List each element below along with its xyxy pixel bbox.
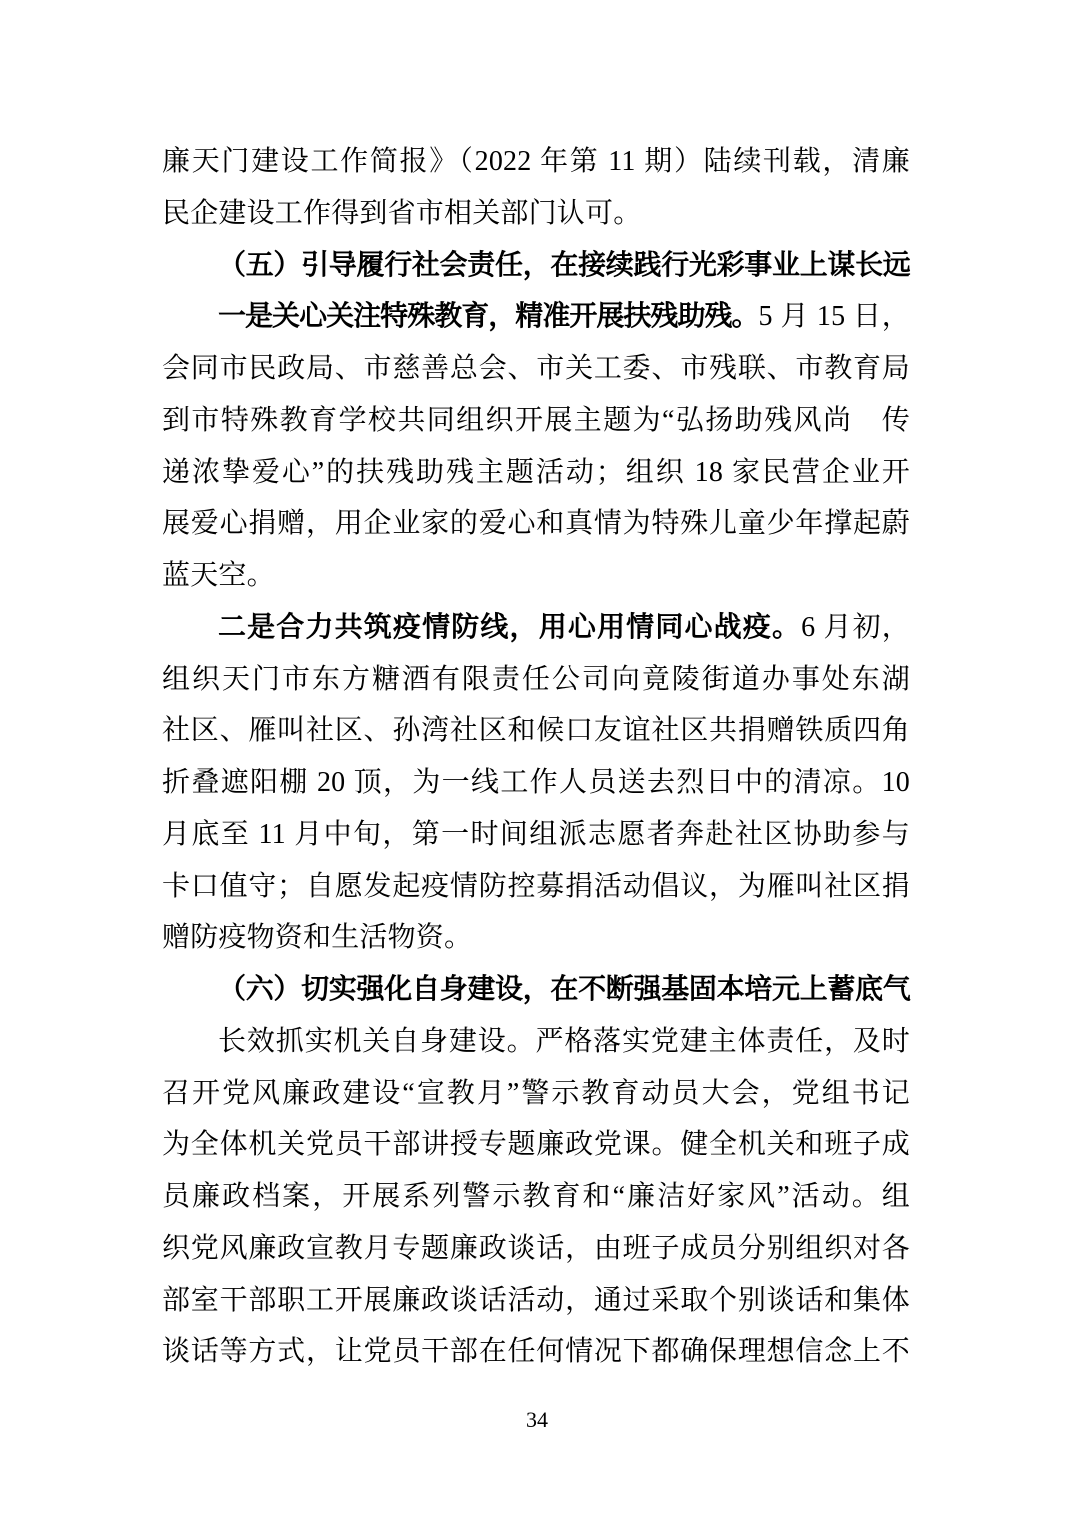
line-text: 召开党风廉政建设“宣教月”警示教育动员大会，党组书记 [162, 1078, 910, 1109]
document-text-block: 廉天门建设工作简报》（2022 年第 11 期）陆续刊载，清廉 民企建设工作得到… [162, 136, 910, 1378]
line-text: 蓝天空。 [162, 560, 275, 591]
line-text: 到市特殊教育学校共同组织开展主题为“弘扬助残风尚 传 [162, 405, 910, 436]
line-text: 展爱心捐赠，用企业家的爱心和真情为特殊儿童少年撑起蔚 [162, 508, 910, 539]
paragraph-lead-line: 二是合力共筑疫情防线，用心用情同心战疫。6 月初， [162, 602, 910, 654]
line-text: 6 月初， [801, 612, 910, 643]
lead-bold-text: 一是关心关注特殊教育，精准开展扶残助残。 [218, 301, 759, 332]
line-text: 卡口值守；自愿发起疫情防控募捐活动倡议，为雁叫社区捐 [162, 871, 910, 902]
body-line: 折叠遮阳棚 20 顶，为一线工作人员送去烈日中的清凉。10 [162, 757, 910, 809]
lead-bold-text: 二是合力共筑疫情防线，用心用情同心战疫。 [218, 612, 801, 643]
line-text: 员廉政档案，开展系列警示教育和“廉洁好家风”活动。组 [162, 1181, 910, 1212]
line-text: 会同市民政局、市慈善总会、市关工委、市残联、市教育局 [162, 353, 910, 384]
section-heading-6: （六）切实强化自身建设，在不断强基固本培元上蓄底气 [162, 964, 910, 1016]
line-text: 折叠遮阳棚 20 顶，为一线工作人员送去烈日中的清凉。10 [162, 767, 910, 798]
line-text: 社区、雁叫社区、孙湾社区和候口友谊社区共捐赠铁质四角 [162, 715, 910, 746]
body-line-paragraph-end: 赠防疫物资和生活物资。 [162, 912, 910, 964]
line-text: 谈话等方式，让党员干部在任何情况下都确保理想信念上不 [162, 1336, 910, 1367]
body-line: 递浓挚爱心”的扶残助残主题活动；组织 18 家民营企业开 [162, 447, 910, 499]
paragraph-lead-line: 一是关心关注特殊教育，精准开展扶残助残。5 月 15 日， [162, 291, 910, 343]
body-line: 组织天门市东方糖酒有限责任公司向竟陵街道办事处东湖 [162, 654, 910, 706]
line-text: 部室干部职工开展廉政谈话活动，通过采取个别谈话和集体 [162, 1285, 910, 1316]
line-text: 5 月 15 日， [759, 301, 910, 332]
line-text: 为全体机关党员干部讲授专题廉政党课。健全机关和班子成 [162, 1129, 910, 1160]
body-line: 廉天门建设工作简报》（2022 年第 11 期）陆续刊载，清廉 [162, 136, 910, 188]
paragraph-lead-line: 长效抓实机关自身建设。严格落实党建主体责任，及时 [162, 1016, 910, 1068]
body-line: 谈话等方式，让党员干部在任何情况下都确保理想信念上不 [162, 1326, 910, 1378]
line-text: 递浓挚爱心”的扶残助残主题活动；组织 18 家民营企业开 [162, 457, 910, 488]
body-line: 员廉政档案，开展系列警示教育和“廉洁好家风”活动。组 [162, 1171, 910, 1223]
section-heading-5: （五）引导履行社会责任，在接续践行光彩事业上谋长远 [162, 240, 910, 292]
line-text: 织党风廉政宣教月专题廉政谈话，由班子成员分别组织对各 [162, 1233, 910, 1264]
page-number: 34 [0, 1405, 1074, 1435]
body-line: 为全体机关党员干部讲授专题廉政党课。健全机关和班子成 [162, 1119, 910, 1171]
body-line: 织党风廉政宣教月专题廉政谈话，由班子成员分别组织对各 [162, 1223, 910, 1275]
line-text: 赠防疫物资和生活物资。 [162, 922, 472, 953]
body-line: 展爱心捐赠，用企业家的爱心和真情为特殊儿童少年撑起蔚 [162, 498, 910, 550]
line-text: 组织天门市东方糖酒有限责任公司向竟陵街道办事处东湖 [162, 664, 910, 695]
document-page: 廉天门建设工作简报》（2022 年第 11 期）陆续刊载，清廉 民企建设工作得到… [0, 0, 1074, 1520]
body-line-paragraph-end: 民企建设工作得到省市相关部门认可。 [162, 188, 910, 240]
body-line: 部室干部职工开展廉政谈话活动，通过采取个别谈话和集体 [162, 1275, 910, 1327]
body-line: 社区、雁叫社区、孙湾社区和候口友谊社区共捐赠铁质四角 [162, 705, 910, 757]
heading-text: （六）切实强化自身建设，在不断强基固本培元上蓄底气 [218, 974, 910, 1005]
heading-text: （五）引导履行社会责任，在接续践行光彩事业上谋长远 [218, 250, 910, 281]
line-text: 民企建设工作得到省市相关部门认可。 [162, 198, 641, 229]
body-line: 会同市民政局、市慈善总会、市关工委、市残联、市教育局 [162, 343, 910, 395]
body-line-paragraph-end: 蓝天空。 [162, 550, 910, 602]
body-line: 卡口值守；自愿发起疫情防控募捐活动倡议，为雁叫社区捐 [162, 861, 910, 913]
body-line: 召开党风廉政建设“宣教月”警示教育动员大会，党组书记 [162, 1068, 910, 1120]
line-text: 月底至 11 月中旬，第一时间组派志愿者奔赴社区协助参与 [162, 819, 910, 850]
body-line: 月底至 11 月中旬，第一时间组派志愿者奔赴社区协助参与 [162, 809, 910, 861]
line-text: 长效抓实机关自身建设。严格落实党建主体责任，及时 [218, 1026, 910, 1057]
line-text: 廉天门建设工作简报》（2022 年第 11 期）陆续刊载，清廉 [162, 146, 910, 177]
body-line: 到市特殊教育学校共同组织开展主题为“弘扬助残风尚 传 [162, 395, 910, 447]
